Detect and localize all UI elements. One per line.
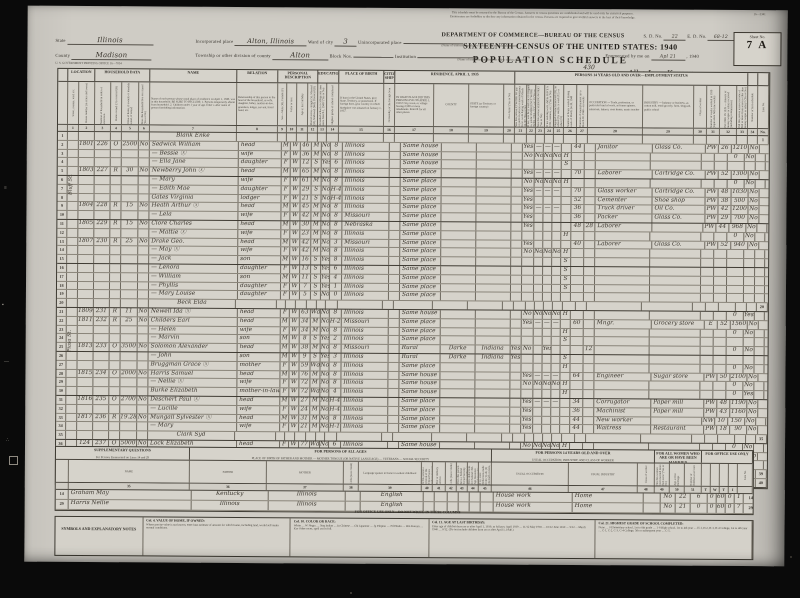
column-header: Has this woman been married more than on… <box>655 464 670 486</box>
table-cell <box>468 302 503 310</box>
table-cell: — <box>542 372 551 380</box>
table-cell: Illinois <box>341 406 388 414</box>
table-cell: PW <box>704 400 717 408</box>
table-cell <box>553 302 563 310</box>
table-cell: — John <box>149 352 238 360</box>
table-cell <box>584 214 595 222</box>
table-cell: 16 <box>765 268 770 276</box>
table-cell <box>434 134 469 142</box>
table-cell: Glass Co. <box>653 144 706 152</box>
table-cell <box>533 407 542 415</box>
column-header-text: Number of children ever born <box>690 464 696 486</box>
table-cell <box>120 361 137 369</box>
column-header: Name of each person whose usual place of… <box>150 82 237 125</box>
table-cell <box>390 169 401 177</box>
table-cell: M <box>281 239 290 247</box>
table-cell: No <box>321 221 330 229</box>
table-cell: Illinois <box>342 283 389 291</box>
table-cell: — <box>543 320 552 328</box>
table-cell <box>110 352 121 360</box>
table-cell: Mungall Sylvester ⓧ <box>148 414 237 422</box>
enumerated-label: Enumerated by me on <box>605 53 649 58</box>
table-cell: Illinois <box>343 169 390 177</box>
table-cell <box>94 334 110 342</box>
table-cell: — Ella Jane <box>150 159 239 167</box>
table-cell: H <box>561 311 571 319</box>
table-cell: No <box>322 177 331 185</box>
table-cell <box>121 299 138 307</box>
table-cell <box>432 433 467 441</box>
table-cell: Newell Ida ⓧ <box>149 308 238 316</box>
column-header: Home owned (O) or rented (R) <box>111 82 122 124</box>
table-cell: Drake Geo. <box>149 238 238 246</box>
table-cell: Same house <box>399 371 440 379</box>
table-cell <box>66 413 77 421</box>
table-cell <box>440 407 475 415</box>
form-number: 16—2341 <box>754 13 766 17</box>
table-cell: Same place <box>400 284 441 292</box>
column-header: Is this person a veteran of the United S… <box>422 462 433 484</box>
column-number: 23 <box>536 128 545 134</box>
table-cell: 2 <box>58 141 68 149</box>
table-cell <box>561 293 571 301</box>
table-cell: 26 <box>57 352 67 360</box>
table-cell: M <box>311 239 321 247</box>
table-cell: Engineer <box>594 373 651 381</box>
table-cell: 21 <box>57 308 67 316</box>
table-cell: 16 <box>300 257 311 265</box>
table-cell <box>95 176 111 184</box>
table-cell: daughter <box>239 159 282 167</box>
table-cell <box>476 231 511 239</box>
table-cell <box>67 281 78 289</box>
table-cell <box>702 153 715 161</box>
table-cell: No <box>138 238 149 246</box>
table-cell <box>534 258 543 266</box>
scanned-census-page: { "meta": { "colors": {"background":"#0a… <box>0 0 800 598</box>
table-cell <box>138 291 149 299</box>
table-cell: 230 <box>94 238 110 246</box>
table-cell <box>110 282 121 290</box>
table-cell <box>718 435 735 443</box>
column-number: 50 <box>670 487 685 493</box>
township-field: Township or other division of county Alt… <box>195 51 477 62</box>
table-cell <box>476 258 511 266</box>
table-cell <box>110 264 121 272</box>
table-cell: Yes <box>521 407 533 415</box>
table-cell: 43 <box>717 409 730 417</box>
table-cell: English <box>361 492 424 501</box>
table-cell: 34 <box>570 399 583 407</box>
table-cell <box>389 248 400 256</box>
table-cell <box>584 320 595 328</box>
table-cell <box>67 352 78 360</box>
table-cell: 52 <box>718 241 731 249</box>
township-value: Alton <box>272 51 328 60</box>
table-cell: Glass worker <box>596 188 653 196</box>
table-cell: F <box>282 160 291 168</box>
column-header-text: Line No. <box>762 102 765 112</box>
table-cell: 234 <box>93 370 109 378</box>
table-cell: Home <box>573 493 644 502</box>
table-cell: M <box>281 256 290 264</box>
table-cell: 232 <box>94 317 110 325</box>
table-cell: 42 <box>300 213 311 221</box>
table-cell: 35 <box>56 431 66 439</box>
explanatory-note-body: None .... 0 Elementary school, 1st to 8t… <box>598 526 748 534</box>
table-cell: No <box>137 370 148 378</box>
table-cell: Glass Co. <box>652 215 705 223</box>
township-label: Township or other division of county <box>195 53 270 58</box>
table-cell <box>584 267 595 275</box>
table-cell <box>66 361 77 369</box>
column-group-header: PERSONAL DESCRIPTION <box>278 70 318 82</box>
table-cell: 2000 <box>120 370 137 378</box>
column-header: Color or race <box>287 83 297 125</box>
table-cell: No <box>749 171 760 179</box>
column-group-header: RELATION <box>237 70 278 82</box>
table-cell: head <box>237 414 280 422</box>
table-cell: Packer <box>595 214 652 222</box>
table-cell: S <box>312 160 322 168</box>
table-cell <box>390 151 401 159</box>
column-header-text: Value of home, if owned, or monthly rent… <box>127 82 133 124</box>
table-cell <box>139 159 150 167</box>
table-cell: M <box>311 204 321 212</box>
column-number: 38 <box>344 485 359 491</box>
table-cell: S <box>561 355 571 363</box>
table-cell: — <box>533 399 542 407</box>
table-cell <box>389 319 400 327</box>
table-cell: 35 <box>756 435 767 443</box>
table-cell: Illinois <box>343 195 390 203</box>
table-cell <box>650 294 701 302</box>
table-cell: 42 <box>300 239 311 247</box>
table-cell: 17 <box>57 273 67 281</box>
sheet-number-box: Sheet No. 7 A <box>733 32 781 66</box>
table-cell <box>277 300 286 308</box>
table-cell <box>748 136 758 144</box>
table-cell: Sugar store <box>651 373 704 381</box>
table-cell: Same place <box>400 240 441 248</box>
column-number: 19 <box>469 127 504 133</box>
table-cell <box>701 259 714 267</box>
table-cell: Janitor <box>596 144 653 152</box>
table-cell <box>79 176 95 184</box>
table-cell <box>138 247 149 255</box>
table-cell <box>286 300 296 308</box>
table-cell: No <box>747 400 758 408</box>
table-cell <box>543 258 552 266</box>
table-cell <box>700 391 713 399</box>
table-cell: — Mary Louise <box>149 291 238 299</box>
table-cell: 18 <box>57 281 67 289</box>
table-cell: 15 <box>765 259 770 267</box>
table-cell <box>388 398 399 406</box>
column-header-text: If born in the United States, give State… <box>339 96 383 114</box>
table-cell: — William <box>149 273 238 281</box>
table-cell <box>727 268 744 276</box>
table-cell: R <box>110 317 121 325</box>
table-cell <box>138 335 149 343</box>
table-cell: Same house <box>399 389 440 397</box>
table-cell <box>596 179 651 187</box>
table-cell <box>475 363 510 371</box>
table-cell: 8 <box>330 327 342 335</box>
table-cell: 22 <box>769 321 771 329</box>
column-number: 7 <box>150 125 237 132</box>
table-cell: New worker <box>594 417 651 425</box>
table-cell: 14 <box>57 246 67 254</box>
table-cell <box>744 286 755 294</box>
table-cell <box>511 284 522 292</box>
table-cell: Deschert Paul ⓧ <box>148 396 237 404</box>
table-cell <box>137 423 148 431</box>
table-cell <box>584 329 595 337</box>
table-cell: W <box>289 406 299 414</box>
table-cell: 22 <box>676 494 691 503</box>
table-cell: PW <box>705 215 718 223</box>
table-cell: Same place <box>400 336 441 344</box>
column-number: 33 <box>737 129 748 135</box>
table-cell <box>121 326 138 334</box>
table-cell <box>754 462 764 470</box>
table-cell: S <box>311 353 321 361</box>
table-cell: 30 <box>122 167 139 175</box>
table-cell <box>594 381 649 389</box>
table-cell: No <box>661 504 676 513</box>
table-cell: Illinois <box>341 424 388 432</box>
table-cell: S <box>311 336 321 344</box>
table-cell: head <box>237 370 280 378</box>
table-cell <box>388 363 399 371</box>
table-cell <box>470 503 481 512</box>
table-cell: R <box>111 167 122 175</box>
table-cell: 6 <box>691 494 708 503</box>
table-cell: Indiana <box>476 354 511 362</box>
table-cell <box>139 194 150 202</box>
column-group-header: FOR ALL WOMEN WHO ARE OR HAVE BEEN MARRI… <box>655 451 702 463</box>
table-cell <box>318 133 327 141</box>
column-number: 18 <box>434 127 469 133</box>
table-cell <box>110 299 121 307</box>
table-cell <box>110 335 121 343</box>
table-cell: F <box>281 212 290 220</box>
table-cell: 8 <box>329 380 341 388</box>
table-cell <box>583 381 594 389</box>
table-cell: Same place <box>400 292 441 300</box>
table-cell: 20 <box>757 303 768 311</box>
column-header-text: Street, avenue, road, etc. <box>72 89 75 117</box>
table-cell: 11 <box>57 220 67 228</box>
table-cell: 31 <box>768 400 770 408</box>
column-header: STATE (or Territory or foreign country) <box>469 84 504 126</box>
column-number: 36 <box>190 484 267 490</box>
table-cell <box>552 328 561 336</box>
table-cell: Waitress <box>594 425 651 433</box>
table-cell: F <box>281 265 290 273</box>
table-cell <box>727 250 744 258</box>
table-cell <box>533 390 542 398</box>
table-cell: F <box>280 424 289 432</box>
table-cell <box>760 171 770 179</box>
column-number: 48 <box>638 487 655 493</box>
table-cell: 28 <box>584 223 595 231</box>
table-cell: No <box>534 311 543 319</box>
column-header-text: USUAL INDUSTRY <box>590 472 616 477</box>
column-header <box>729 464 738 486</box>
table-cell <box>584 293 595 301</box>
table-cell: Yes <box>523 187 535 195</box>
table-cell: No <box>321 239 330 247</box>
table-cell <box>515 135 527 143</box>
table-cell: No <box>749 189 760 197</box>
table-cell <box>120 431 137 439</box>
column-group-label: NAME <box>150 69 236 82</box>
table-cell: Illinois <box>341 415 388 423</box>
table-cell <box>584 276 595 284</box>
table-cell: — <box>544 144 553 152</box>
column-group-header: RESIDENCE, APRIL 1, 1935 <box>395 71 515 84</box>
column-header-text: NAME <box>124 469 134 474</box>
table-cell <box>754 444 764 452</box>
table-cell <box>94 273 110 281</box>
table-cell <box>754 382 764 390</box>
table-cell: No <box>747 426 758 434</box>
table-cell: S <box>311 292 321 300</box>
table-cell: No <box>552 249 561 257</box>
column-number: 20 <box>504 128 515 134</box>
table-cell <box>521 363 533 371</box>
table-cell: 1210 <box>732 145 749 153</box>
table-cell: Illinois <box>342 336 389 344</box>
table-cell: — <box>535 144 544 152</box>
table-cell: Yes <box>543 346 552 354</box>
table-cell <box>523 161 535 169</box>
table-cell: 8 <box>331 151 343 159</box>
table-cell: No <box>321 230 330 238</box>
table-cell <box>285 432 295 440</box>
table-cell: W <box>290 327 300 335</box>
column-group-header: FOR OFFICE USE ONLY <box>702 451 753 464</box>
table-cell: No <box>551 381 560 389</box>
table-cell: No <box>522 311 534 319</box>
table-cell: No <box>542 381 551 389</box>
table-cell <box>395 134 434 142</box>
explanatory-notes-strip: SYMBOLS AND EXPLANATORY NOTESCol. 4. VAL… <box>54 516 753 560</box>
table-cell <box>476 249 511 257</box>
table-cell: Childers Earl <box>149 317 238 325</box>
table-cell: Yes <box>321 257 330 265</box>
table-cell <box>510 407 521 415</box>
table-cell <box>78 246 94 254</box>
table-cell <box>93 422 109 430</box>
table-cell: 1816 <box>77 396 93 404</box>
table-cell: — <box>533 372 542 380</box>
table-cell <box>469 134 504 142</box>
table-cell: 65 <box>301 169 312 177</box>
column-header-text: On a farm? (Yes or No) <box>508 92 511 118</box>
table-cell <box>122 132 139 140</box>
table-cell: W <box>289 371 299 379</box>
table-cell <box>297 133 308 141</box>
table-cell: 0 <box>728 180 745 188</box>
table-cell: W <box>290 336 300 344</box>
table-cell <box>470 493 481 502</box>
table-cell: No <box>137 414 148 422</box>
table-cell: H-4 <box>331 186 343 194</box>
table-cell: 19.28 <box>120 414 137 422</box>
table-cell <box>571 311 584 319</box>
table-cell: 17 <box>765 277 770 285</box>
table-cell: PW <box>705 197 718 205</box>
column-header: FATHER <box>190 461 267 483</box>
table-cell: 8 <box>300 336 311 344</box>
table-cell: head <box>239 168 282 176</box>
table-cell: M <box>280 371 289 379</box>
table-cell: 6 <box>331 160 343 168</box>
table-cell: No <box>138 343 149 351</box>
table-cell <box>121 264 138 272</box>
column-header: MOTHER <box>267 461 344 483</box>
table-cell <box>533 425 542 433</box>
table-cell <box>67 202 78 210</box>
table-cell <box>552 223 561 231</box>
table-cell: No <box>553 179 562 187</box>
table-cell <box>585 161 596 169</box>
table-cell <box>701 312 714 320</box>
table-cell: S <box>561 267 571 275</box>
table-cell: M <box>311 221 321 229</box>
table-cell: Illinois <box>341 389 388 397</box>
table-cell <box>544 196 553 204</box>
table-cell: 1803 <box>79 167 95 175</box>
table-cell: 16 <box>57 264 67 272</box>
explanatory-note-box: Col. 10. COLOR OR RACE:White .... W Negr… <box>291 518 430 557</box>
table-cell: 0 <box>727 233 744 241</box>
table-cell: 4 <box>329 389 341 397</box>
table-cell: 44 <box>716 224 729 232</box>
table-cell <box>584 249 595 257</box>
table-cell <box>442 152 477 160</box>
table-cell <box>139 132 150 140</box>
table-cell: PW <box>705 241 718 249</box>
table-cell: Newberry John ⓧ <box>150 168 239 176</box>
table-cell <box>585 144 596 152</box>
table-cell <box>388 389 399 397</box>
table-cell: 0 <box>726 365 743 373</box>
table-cell <box>759 198 769 206</box>
table-cell <box>442 178 477 186</box>
table-cell: No <box>523 179 535 187</box>
table-cell <box>534 434 543 442</box>
table-cell: 34 <box>768 427 770 435</box>
table-cell: 1030 <box>732 189 749 197</box>
table-cell <box>512 161 523 169</box>
table-cell: 38 <box>300 344 311 352</box>
table-cell: O <box>110 343 121 351</box>
table-cell: S <box>562 161 572 169</box>
margin-stamp: ≡ <box>4 186 7 191</box>
column-group-label: RELATION <box>237 70 277 82</box>
table-cell: Wd <box>311 309 321 317</box>
top-instruction-note: This schedule must be returned to the Bu… <box>398 11 688 20</box>
column-header-text: Does this person have a Federal Social S… <box>457 463 467 485</box>
table-cell: M <box>281 204 290 212</box>
table-cell: H-4 <box>331 195 343 203</box>
column-number: 9 <box>278 126 287 132</box>
table-cell <box>705 435 718 443</box>
